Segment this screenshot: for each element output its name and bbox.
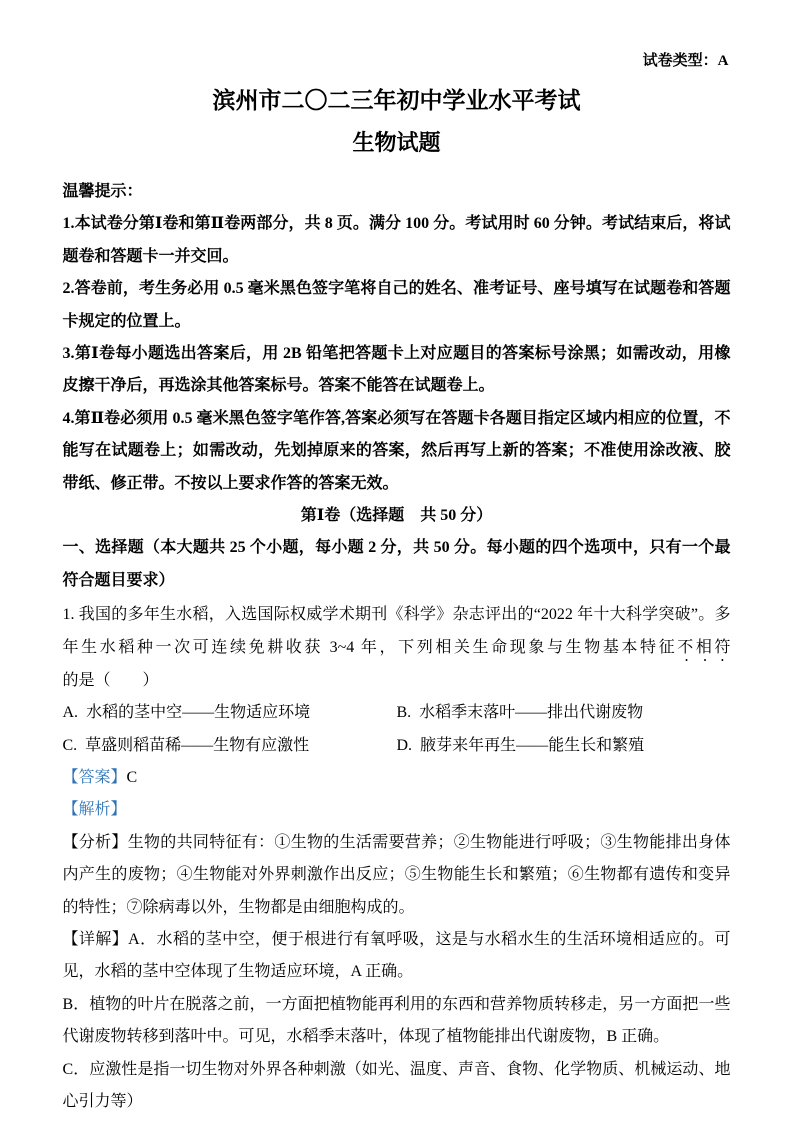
question1-fenxi-paragraph: 【分析】生物的共同特征有：①生物的生活需要营养；②生物能进行呼吸；③生物能排出身… xyxy=(63,827,731,924)
exam-document-page: 试卷类型：A 滨州市二〇二三年初中学业水平考试 生物试题 温馨提示： 1.本试卷… xyxy=(63,0,731,1118)
option-b-label: B. xyxy=(397,704,412,721)
question1-xiangjie-paragraph-b: B．植物的叶片在脱落之前，一方面把植物能再利用的东西和营养物质转移走，另一方面把… xyxy=(63,989,731,1054)
question1-analysis-line: 【解析】 xyxy=(63,794,731,826)
option-d-label: D. xyxy=(397,737,413,754)
notice-item-1: 1.本试卷分第Ⅰ卷和第Ⅱ卷两部分，共 8 页。满分 100 分。考试用时 60 … xyxy=(63,208,731,273)
option-a-label: A. xyxy=(63,704,79,721)
notice-item-4: 4.第Ⅱ卷必须用 0.5 毫米黑色签字笔作答,答案必须写在答题卡各题目指定区域内… xyxy=(63,403,731,500)
question1-xiangjie-paragraph-c: C．应激性是指一切生物对外界各种刺激（如光、温度、声音、食物、化学物质、机械运动… xyxy=(63,1054,731,1119)
question1-option-b: B.水稻季末落叶——排出代谢废物 xyxy=(397,697,731,729)
question1-stem-before: 1. 我国的多年生水稻，入选国际权威学术期刊《科学》杂志评出的“2022 年十大… xyxy=(63,606,731,655)
option-c-label: C. xyxy=(63,737,78,754)
question1-option-a: A.水稻的茎中空——生物适应环境 xyxy=(63,697,397,729)
section1-header: 第Ⅰ卷（选择题 共 50 分） xyxy=(63,500,731,532)
analysis-label: 【解析】 xyxy=(63,801,127,818)
question1-xiangjie-paragraph-a: 【详解】A．水稻的茎中空，便于根进行有氧呼吸，这是与水稻水生的生活环境相适应的。… xyxy=(63,924,731,989)
option-c-text: 草盛则稻苗稀——生物有应激性 xyxy=(85,737,309,754)
notice-heading: 温馨提示： xyxy=(63,176,731,208)
question1-stem: 1. 我国的多年生水稻，入选国际权威学术期刊《科学》杂志评出的“2022 年十大… xyxy=(63,599,731,697)
answer-value: C xyxy=(127,769,138,786)
answer-label: 【答案】 xyxy=(63,769,127,786)
question1-options-row-1: A.水稻的茎中空——生物适应环境 B.水稻季末落叶——排出代谢废物 xyxy=(63,697,731,729)
notice-item-3: 3.第Ⅰ卷每小题选出答案后，用 2B 铅笔把答题卡上对应题目的答案标号涂黑；如需… xyxy=(63,338,731,403)
option-d-text: 腋芽来年再生——能生长和繁殖 xyxy=(420,737,644,754)
paper-type-label: 试卷类型：A xyxy=(63,50,731,72)
question1-option-d: D.腋芽来年再生——能生长和繁殖 xyxy=(397,730,731,762)
notice-item-2: 2.答卷前，考生务必用 0.5 毫米黑色签字笔将自己的姓名、准考证号、座号填写在… xyxy=(63,273,731,338)
page-subtitle: 生物试题 xyxy=(63,128,731,158)
fenxi-text: 生物的共同特征有：①生物的生活需要营养；②生物能进行呼吸；③生物能排出身体内产生… xyxy=(63,834,731,916)
page-title: 滨州市二〇二三年初中学业水平考试 xyxy=(63,86,731,116)
xiangjie-text-a: A．水稻的茎中空，便于根进行有氧呼吸，这是与水稻水生的生活环境相适应的。可见，水… xyxy=(63,931,731,980)
fenxi-label: 【分析】 xyxy=(63,834,128,851)
question1-stem-emphasis: 不相符 xyxy=(677,639,730,656)
question1-stem-after: 的是（ ） xyxy=(63,672,159,689)
question1-answer-line: 【答案】C xyxy=(63,762,731,794)
option-a-text: 水稻的茎中空——生物适应环境 xyxy=(86,704,310,721)
xiangjie-label: 【详解】 xyxy=(63,931,129,948)
section1-intro: 一、选择题（本大题共 25 个小题，每小题 2 分，共 50 分。每小题的四个选… xyxy=(63,532,731,597)
question1-option-c: C.草盛则稻苗稀——生物有应激性 xyxy=(63,730,397,762)
option-b-text: 水稻季末落叶——排出代谢废物 xyxy=(419,704,643,721)
question1-options-row-2: C.草盛则稻苗稀——生物有应激性 D.腋芽来年再生——能生长和繁殖 xyxy=(63,730,731,762)
notice-section: 温馨提示： 1.本试卷分第Ⅰ卷和第Ⅱ卷两部分，共 8 页。满分 100 分。考试… xyxy=(63,176,731,500)
